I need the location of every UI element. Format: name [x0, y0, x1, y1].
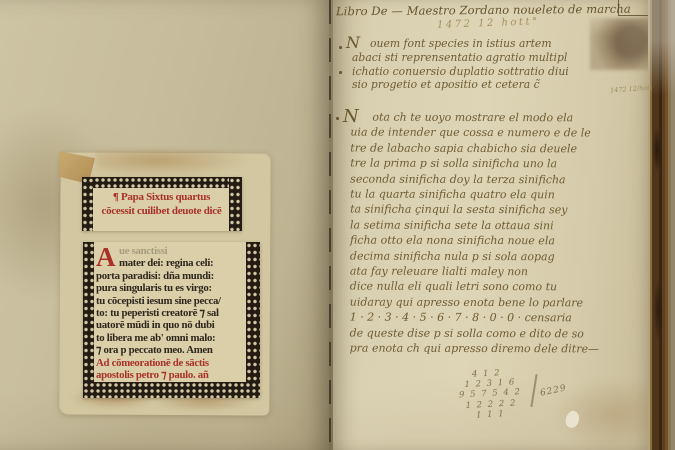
- print-line: ⁊ ora p peccato meo. Amen: [96, 344, 245, 356]
- glue-stain: [96, 150, 246, 176]
- print-line-faded: ue sanctissi: [119, 245, 167, 257]
- margin-dot: [336, 117, 339, 120]
- paragraph-1: ouem font species in istius artem abaci …: [352, 37, 608, 92]
- header-line: cōcessit cuilibet deuote dicē: [94, 204, 229, 218]
- hand-line: uia de intender que cossa e numero e de …: [350, 125, 612, 141]
- print-line: to: tu peperisti creatorē ⁊ sal: [96, 307, 245, 319]
- fragment-body-text: A ue sanctissi mater dei: regina celi: p…: [96, 245, 245, 381]
- fragment-body-block: A ue sanctissi mater dei: regina celi: p…: [83, 242, 260, 398]
- hand-line: ouem font species in istius artem: [352, 37, 608, 51]
- hand-line: tre de labacho sapia chabicho sia deuele: [350, 140, 612, 156]
- hand-line: 1 · 2 · 3 · 4 · 5 · 6 · 7 · 8 · 0 · 0 · …: [350, 310, 612, 326]
- ornament-border-right: [246, 242, 260, 398]
- fragment-header-block: ¶ Papa Sixtus quartus cōcessit cuilibet …: [82, 177, 242, 231]
- print-line-red: Ad cōmeorationē de sāctis: [96, 357, 245, 369]
- hand-line: ata fay releuare lialti maley non: [350, 264, 612, 280]
- ornament-border-bottom: [83, 382, 260, 398]
- hand-line: ta sinificha çinqui la sesta sinificha s…: [350, 202, 612, 218]
- print-line: mater dei: regina celi:: [96, 257, 245, 269]
- hand-line: ota ch te uoyo mostrare el modo ela: [350, 110, 612, 126]
- print-line-red: apostolis petro ⁊ paulo. añ: [96, 369, 245, 381]
- print-line: uatorē mūdi in quo nō dubi: [96, 319, 245, 331]
- rubricated-initial: A: [96, 246, 117, 269]
- ornament-border-right: [229, 177, 242, 231]
- hand-line: ichatio conuersio duplatio sottratio diu…: [352, 65, 608, 79]
- ornament-border-left: [82, 177, 93, 231]
- stain: [590, 18, 656, 70]
- print-line: pura singularis tu es virgo:: [96, 282, 245, 294]
- hand-line: ficha otto ela nona sinificha noue ela: [350, 233, 612, 249]
- gutter-crease: [329, 0, 331, 450]
- hand-line: tu la quarta sinificha quatro ela quin: [350, 187, 612, 203]
- print-line: tu cōcepisti iesum sine pecca/: [96, 295, 245, 307]
- margin-dot: [339, 71, 342, 74]
- print-line: to libera me ab' omni malo:: [96, 332, 245, 344]
- manuscript-title: Libro De — Maestro Zordano noueleto de m…: [336, 2, 636, 19]
- book-fore-edge: [648, 0, 675, 450]
- print-line: porta paradisi: dña mundi:: [96, 270, 245, 282]
- ornament-border-left: [83, 242, 94, 398]
- hand-line: seconda sinificha doy la terza sinificha: [350, 171, 612, 187]
- hand-line: uidaray qui apresso enota bene lo parlar…: [350, 294, 612, 310]
- hand-line: sio progetio et apositio et cetera c̃: [352, 78, 608, 92]
- hand-line: pra enota ch qui apresso diremo dele dit…: [350, 341, 612, 357]
- hand-line: la setima sinificha sete la ottaua sini: [350, 217, 612, 233]
- hand-line: dice nulla eli quali letri sono como tu: [350, 279, 612, 295]
- manuscript-photo: ¶ Papa Sixtus quartus cōcessit cuilibet …: [0, 0, 675, 450]
- hand-line: abaci sti reprensentatio agratio multipl: [352, 51, 608, 65]
- header-line: ¶ Papa Sixtus quartus: [94, 190, 229, 204]
- hand-line: decima sinificha nula p si sola aopag: [350, 248, 612, 264]
- paragraph-2: ota ch te uoyo mostrare el modo ela uia …: [350, 110, 613, 357]
- margin-dot: [339, 46, 342, 49]
- hand-line: de queste dise p si solla como e dito de…: [350, 325, 612, 341]
- ornament-border-top: [82, 177, 242, 188]
- fragment-header-text: ¶ Papa Sixtus quartus cōcessit cuilibet …: [94, 190, 229, 230]
- hand-line: tre la prima p si solla sinificha uno la: [350, 156, 612, 172]
